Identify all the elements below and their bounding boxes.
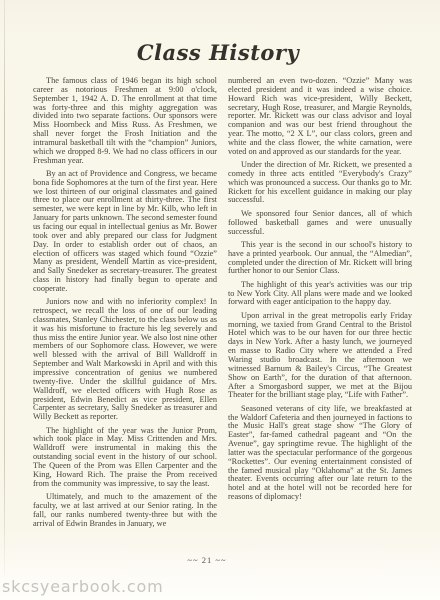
paragraph: The highlight of the year was the Junior… xyxy=(33,427,217,489)
paragraph: The highlight of this year's activities … xyxy=(228,281,412,308)
article-body: The famous class of 1946 began its high … xyxy=(33,77,412,533)
right-column: numbered an even two-dozen. “Ozzie” Many… xyxy=(228,77,412,533)
page-number: ~~ 21 ~~ xyxy=(0,555,414,565)
left-column: The famous class of 1946 began its high … xyxy=(33,77,217,533)
paragraph: We sponsored four Senior dances, all of … xyxy=(228,210,412,237)
paragraph: This year is the second in our school's … xyxy=(228,241,412,276)
paragraph: Ultimately, and much to the amazement of… xyxy=(33,493,217,528)
paragraph: By an act of Providence and Congress, we… xyxy=(33,170,217,294)
yearbook-page: Class History The famous class of 1946 b… xyxy=(0,0,440,600)
paragraph: Under the direction of Mr. Rickett, we p… xyxy=(228,161,412,205)
watermark: skcsyearbook.com xyxy=(2,577,164,596)
paragraph: Seasoned veterans of city life, we break… xyxy=(228,405,412,502)
paragraph-continuation: numbered an even two-dozen. “Ozzie” Many… xyxy=(228,77,412,157)
page-edge-shadow xyxy=(4,0,5,575)
paragraph: The famous class of 1946 began its high … xyxy=(33,77,217,165)
paragraph: Upon arrival in the great metropolis ear… xyxy=(228,312,412,400)
page-title: Class History xyxy=(0,40,436,65)
paragraph: Juniors now and with no inferiority comp… xyxy=(33,298,217,422)
